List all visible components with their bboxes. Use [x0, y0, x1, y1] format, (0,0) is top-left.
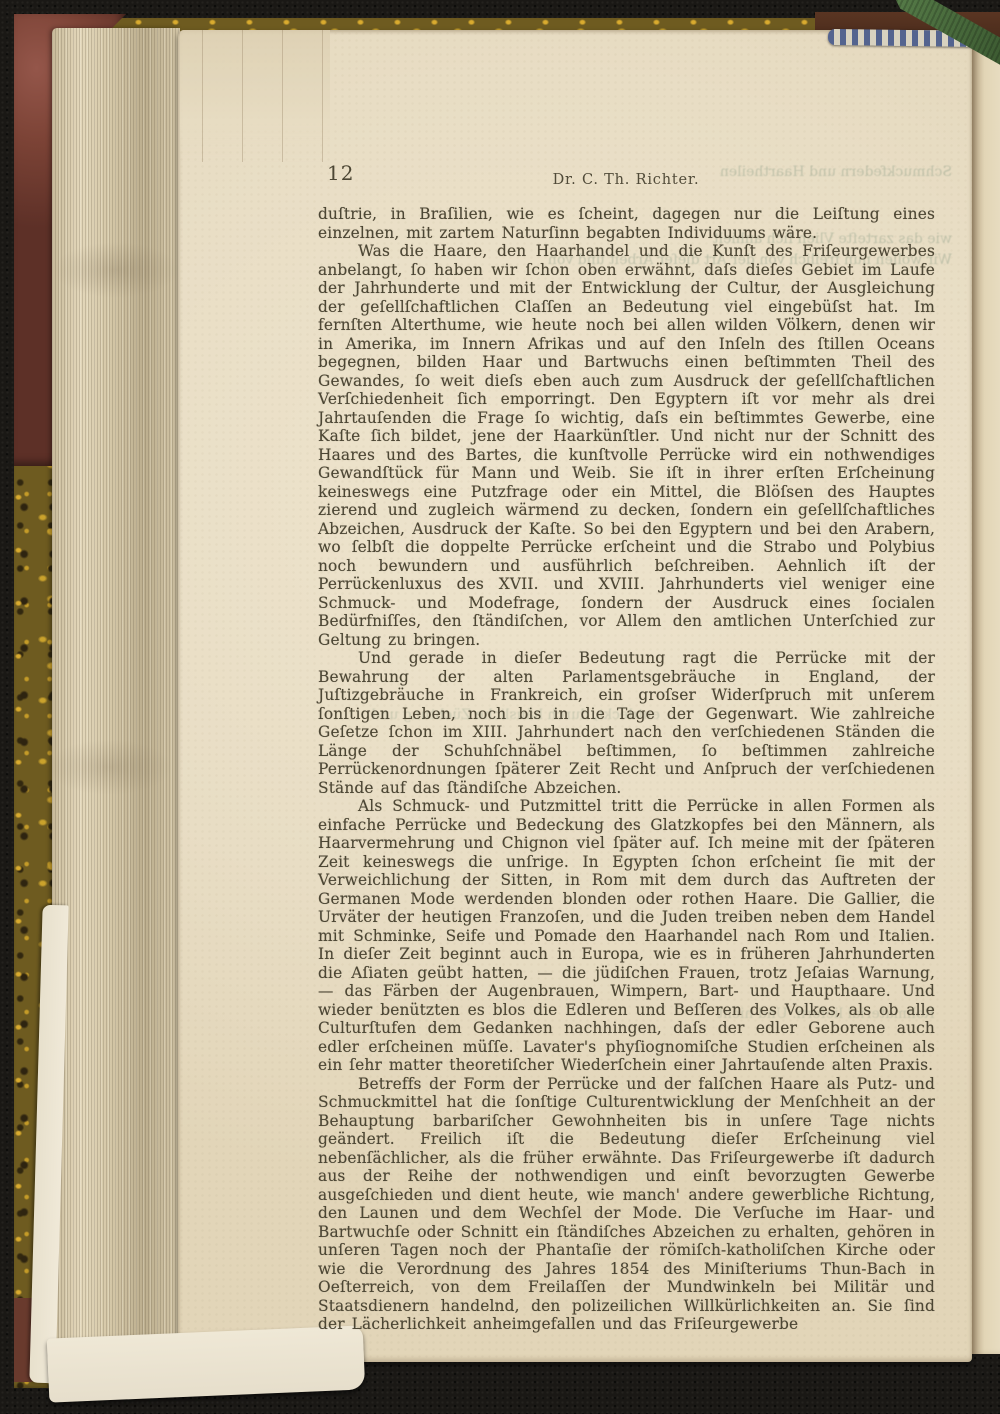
body-text: duſtrie, in Braſilien, wie es ſcheint, d… [318, 205, 935, 1334]
under-page-sheet-edges [180, 30, 330, 162]
endpaper-slip-bottom [47, 1325, 365, 1402]
body-paragraph: Betreffs der Form der Perrücke und der f… [318, 1075, 935, 1334]
running-header: Dr. C. Th. Richter. [318, 172, 934, 188]
body-paragraph: Was die Haare, den Haarhandel und die Ku… [318, 242, 935, 649]
page-stack-fore-edge [52, 28, 180, 1372]
body-paragraph: Und gerade in dieſer Bedeutung ragt die … [318, 649, 935, 797]
body-paragraph: Als Schmuck- und Putzmittel tritt die Pe… [318, 797, 935, 1075]
body-paragraph: duſtrie, in Braſilien, wie es ſcheint, d… [318, 205, 935, 242]
book-scan: Schmuckfedern und Haartheilen wie das za… [0, 0, 1000, 1414]
facing-page-edge [972, 46, 1000, 1354]
